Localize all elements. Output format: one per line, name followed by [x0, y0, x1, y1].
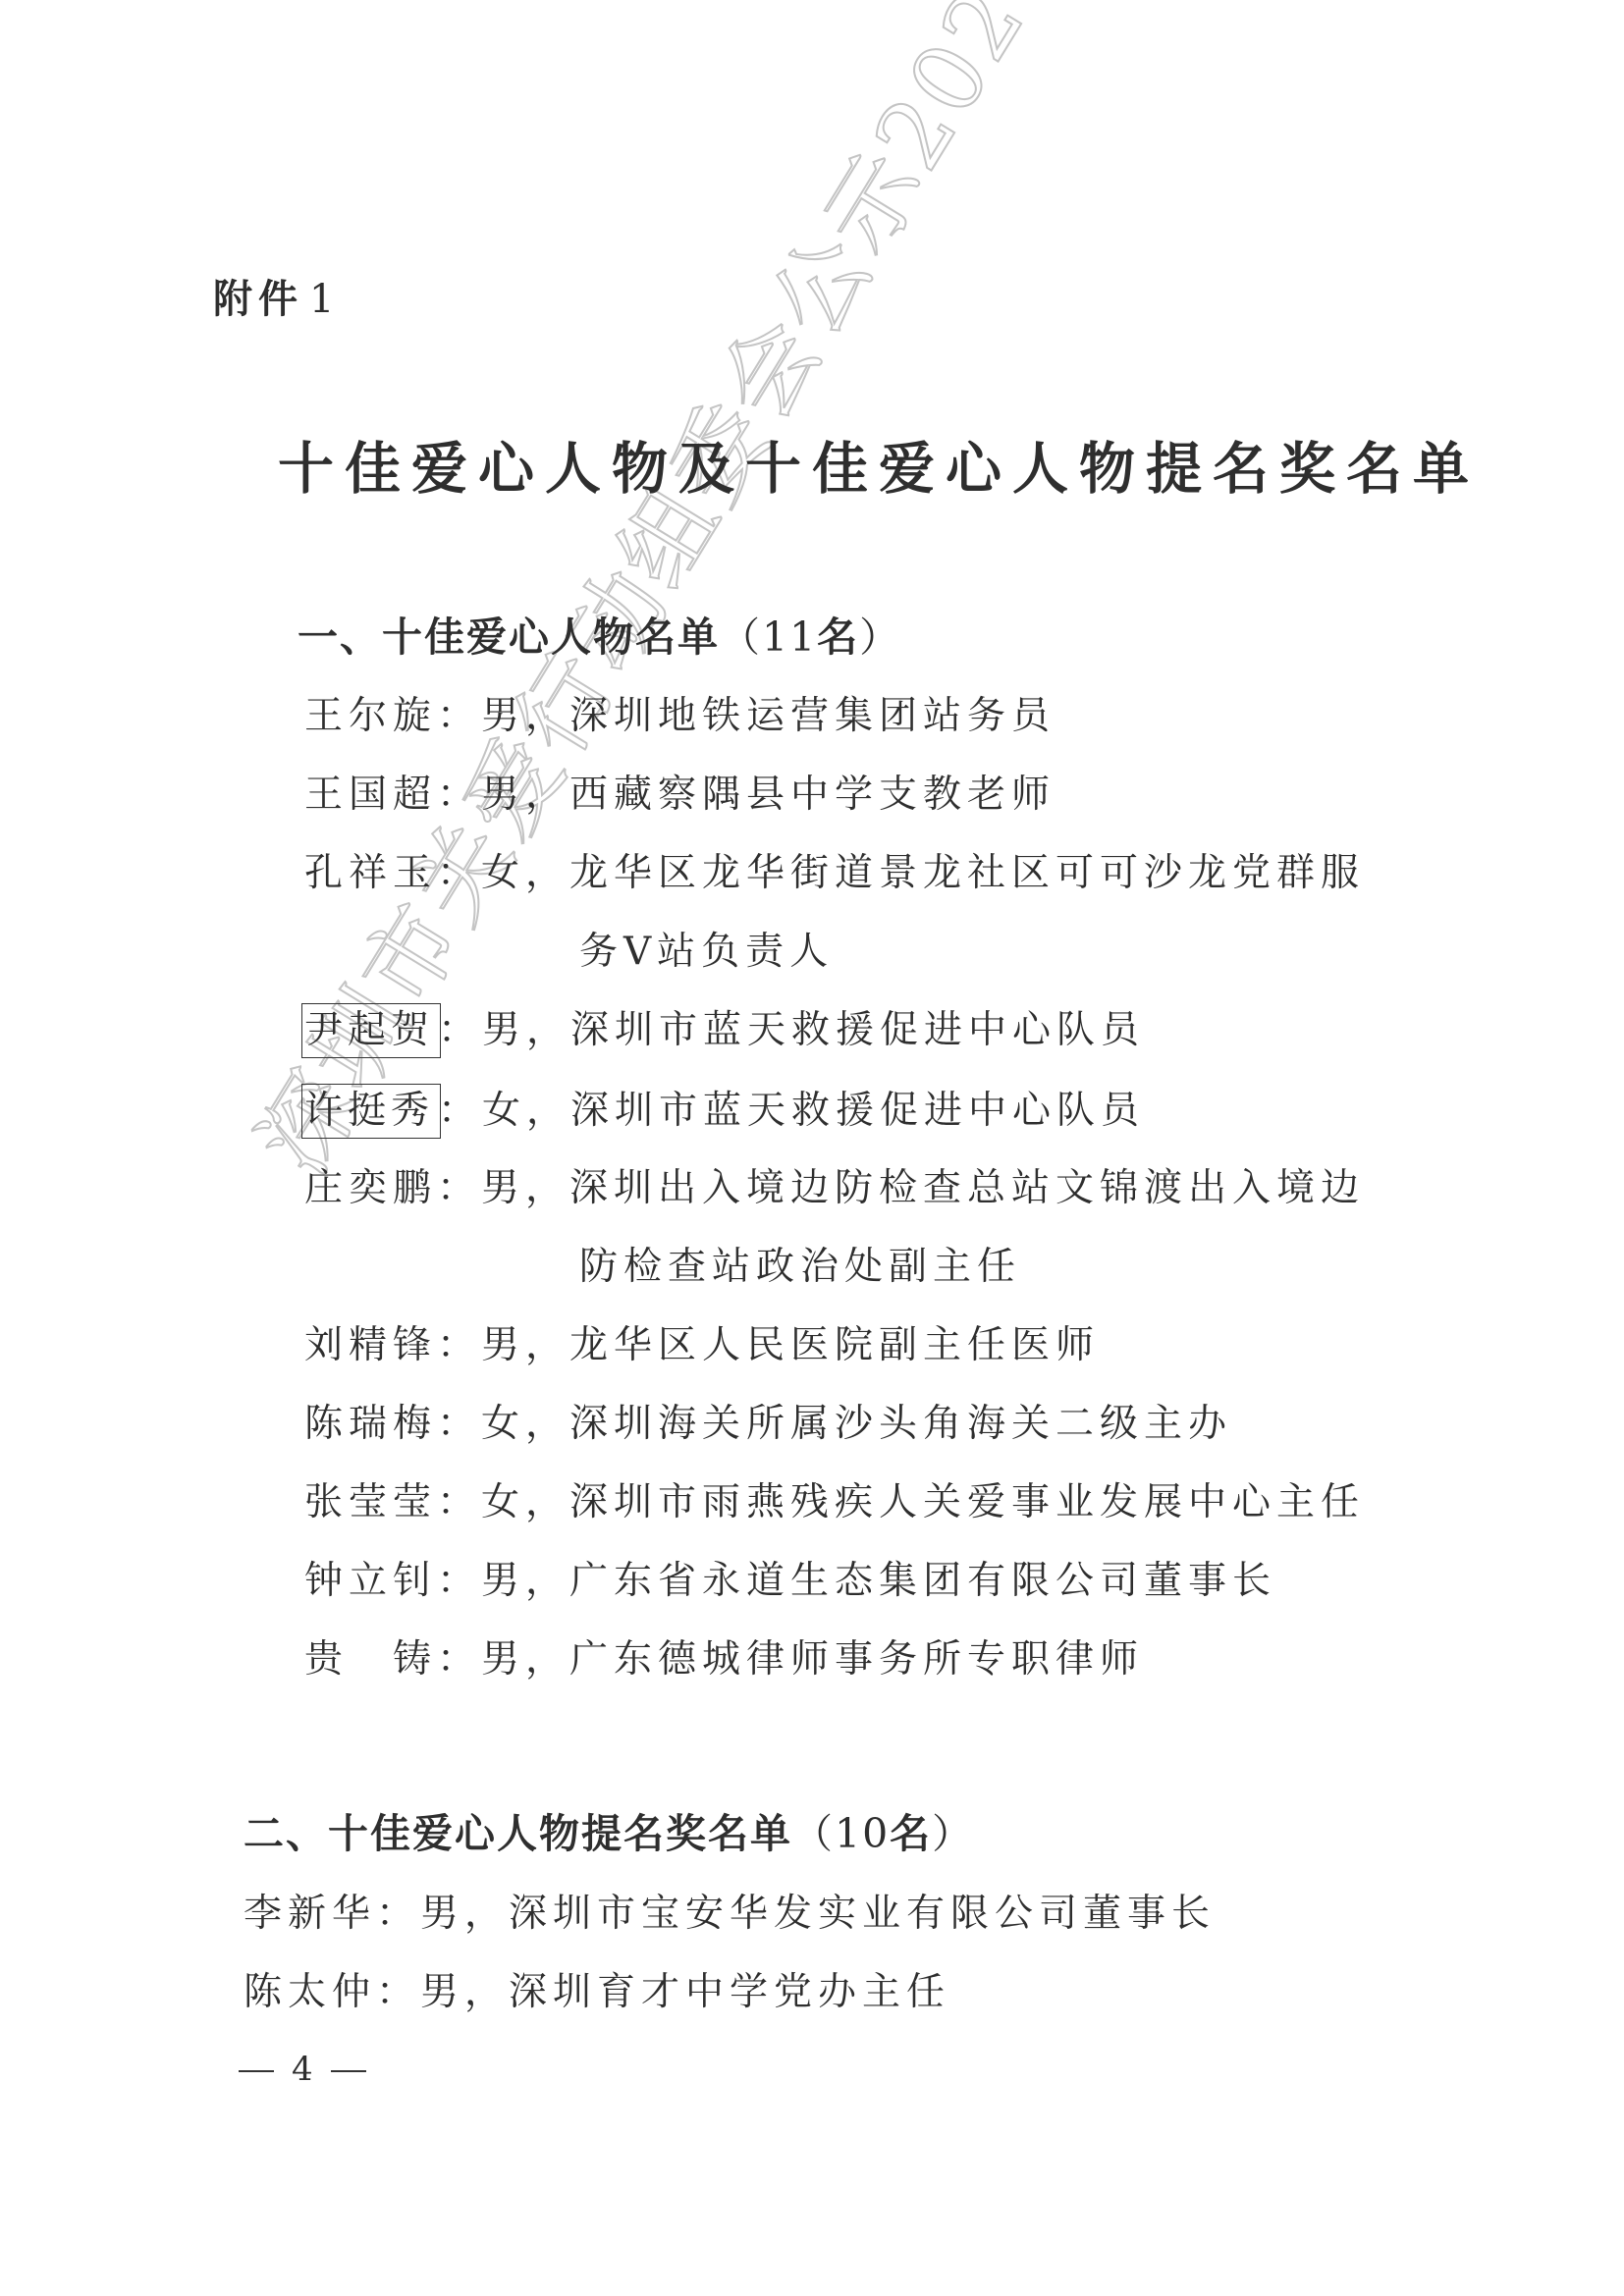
person-name-char: 贵 — [304, 1635, 349, 1684]
section1-heading-text: 一、十佳爱心人物名单 — [298, 614, 720, 661]
comma: ， — [525, 849, 569, 898]
colon: ： — [437, 1321, 481, 1370]
person-gender: 男 — [420, 1968, 464, 2017]
list-item: 尹起贺：男，深圳市蓝天救援促进中心队员 — [304, 1006, 1145, 1055]
section1-count: （11名） — [720, 614, 901, 661]
person-name-boxed: 许挺秀 — [304, 1087, 438, 1136]
list-item: 张莹莹：女，深圳市雨燕残疾人关爱事业发展中心主任 — [304, 1478, 1365, 1527]
list-item: 李新华：男，深圳市宝安华发实业有限公司董事长 — [244, 1890, 1216, 1939]
list-item: 贵铸：男，广东德城律师事务所专职律师 — [304, 1635, 1144, 1684]
colon: ： — [437, 1164, 481, 1213]
person-name: 刘精锋 — [304, 1321, 437, 1370]
person-name: 贵铸 — [304, 1635, 437, 1684]
person-gender: 男 — [482, 1006, 526, 1055]
colon: ： — [437, 1400, 481, 1449]
section1-count-number: （11 — [720, 614, 817, 661]
person-description: 西藏察隅县中学支教老师 — [569, 773, 1056, 817]
person-name: 陈瑞梅 — [304, 1400, 437, 1449]
list-item: 王国超：男，西藏察隅县中学支教老师 — [304, 771, 1056, 820]
section2-count-number: （10 — [792, 1810, 890, 1857]
section2-heading-text: 二、十佳爱心人物提名奖名单 — [244, 1810, 792, 1857]
attachment-label-text: 附件 — [213, 276, 303, 322]
person-gender: 男 — [481, 1321, 525, 1370]
person-gender: 男 — [481, 1635, 525, 1684]
person-description-continuation: 防检查站政治处副主任 — [579, 1243, 1021, 1292]
comma: ， — [526, 1087, 570, 1136]
list-item: 王尔旋：男，深圳地铁运营集团站务员 — [304, 692, 1056, 741]
attachment-label: 附件1 — [213, 275, 334, 324]
person-description: 深圳地铁运营集团站务员 — [569, 694, 1056, 738]
section2-count-close: ） — [932, 1810, 974, 1857]
person-description: 广东省永道生态集团有限公司董事长 — [569, 1559, 1276, 1603]
comma: ， — [525, 1635, 569, 1684]
comma: ， — [525, 771, 569, 820]
person-gender: 女 — [481, 1478, 525, 1527]
person-name: 孔祥玉 — [304, 849, 437, 898]
colon: ： — [437, 1557, 481, 1606]
section1-count-close: ） — [859, 614, 901, 661]
person-description: 深圳市蓝天救援促进中心队员 — [570, 1089, 1145, 1133]
person-name-boxed: 尹起贺 — [304, 1006, 438, 1055]
person-gender: 女 — [481, 849, 525, 898]
page-number-value: 4 — [292, 2050, 313, 2089]
person-name: 李新华 — [244, 1890, 376, 1939]
section1-count-unit: 名 — [817, 614, 859, 661]
section2-count: （10名） — [792, 1810, 974, 1857]
section2-count-unit: 名 — [890, 1810, 932, 1857]
colon: ： — [437, 1635, 481, 1684]
comma: ， — [464, 1890, 509, 1939]
comma: ， — [525, 1478, 569, 1527]
colon: ： — [437, 849, 481, 898]
colon: ： — [437, 771, 481, 820]
comma: ， — [525, 692, 569, 741]
colon: ： — [437, 1478, 481, 1527]
person-description: 深圳海关所属沙头角海关二级主办 — [569, 1402, 1232, 1446]
attachment-number: 1 — [309, 277, 334, 322]
colon: ： — [438, 1006, 482, 1055]
person-name: 庄奕鹏 — [304, 1164, 437, 1213]
colon: ： — [376, 1968, 420, 2017]
list-item: 钟立钊：男，广东省永道生态集团有限公司董事长 — [304, 1557, 1276, 1606]
comma: ， — [525, 1557, 569, 1606]
list-item: 孔祥玉：女，龙华区龙华街道景龙社区可可沙龙党群服 — [304, 849, 1365, 898]
comma: ， — [525, 1321, 569, 1370]
person-description: 深圳育才中学党办主任 — [509, 1970, 950, 2014]
person-description: 深圳出入境边防检查总站文锦渡出入境边 — [569, 1166, 1365, 1210]
person-description: 龙华区龙华街道景龙社区可可沙龙党群服 — [569, 851, 1365, 895]
colon: ： — [376, 1890, 420, 1939]
person-name: 张莹莹 — [304, 1478, 437, 1527]
person-gender: 男 — [481, 1164, 525, 1213]
person-gender: 男 — [481, 771, 525, 820]
page-number: 4 — [239, 2050, 384, 2089]
person-description: 深圳市蓝天救援促进中心队员 — [570, 1008, 1145, 1052]
page-title: 十佳爱心人物及十佳爱心人物提名奖名单 — [278, 437, 1480, 502]
list-item: 陈瑞梅：女，深圳海关所属沙头角海关二级主办 — [304, 1400, 1232, 1449]
colon: ： — [438, 1087, 482, 1136]
person-name-char: 铸 — [393, 1635, 437, 1684]
dash-right — [331, 2070, 366, 2072]
person-description: 深圳市宝安华发实业有限公司董事长 — [509, 1892, 1216, 1936]
comma: ， — [526, 1006, 570, 1055]
list-item: 陈太仲：男，深圳育才中学党办主任 — [244, 1968, 950, 2017]
list-item: 刘精锋：男，龙华区人民医院副主任医师 — [304, 1321, 1100, 1370]
section1-heading: 一、十佳爱心人物名单（11名） — [298, 613, 901, 662]
person-description: 龙华区人民医院副主任医师 — [569, 1323, 1100, 1367]
person-description: 深圳市雨燕残疾人关爱事业发展中心主任 — [569, 1480, 1365, 1524]
person-name: 王国超 — [304, 771, 437, 820]
dash-left — [239, 2070, 274, 2072]
person-name: 王尔旋 — [304, 692, 437, 741]
document-page: 深圳市关爱行动组委会公示2020-0528 附件1 十佳爱心人物及十佳爱心人物提… — [0, 0, 1624, 2296]
person-gender: 女 — [482, 1087, 526, 1136]
person-description: 广东德城律师事务所专职律师 — [569, 1637, 1144, 1682]
person-gender: 男 — [420, 1890, 464, 1939]
person-gender: 男 — [481, 692, 525, 741]
comma: ， — [525, 1164, 569, 1213]
person-name: 钟立钊 — [304, 1557, 437, 1606]
list-item: 许挺秀：女，深圳市蓝天救援促进中心队员 — [304, 1087, 1145, 1136]
section2-heading: 二、十佳爱心人物提名奖名单（10名） — [244, 1809, 974, 1858]
person-name: 陈太仲 — [244, 1968, 376, 2017]
colon: ： — [437, 692, 481, 741]
list-item: 庄奕鹏：男，深圳出入境边防检查总站文锦渡出入境边 — [304, 1164, 1365, 1213]
person-description-continuation: 务V站负责人 — [579, 928, 834, 977]
comma: ， — [464, 1968, 509, 2017]
person-gender: 男 — [481, 1557, 525, 1606]
comma: ， — [525, 1400, 569, 1449]
person-gender: 女 — [481, 1400, 525, 1449]
